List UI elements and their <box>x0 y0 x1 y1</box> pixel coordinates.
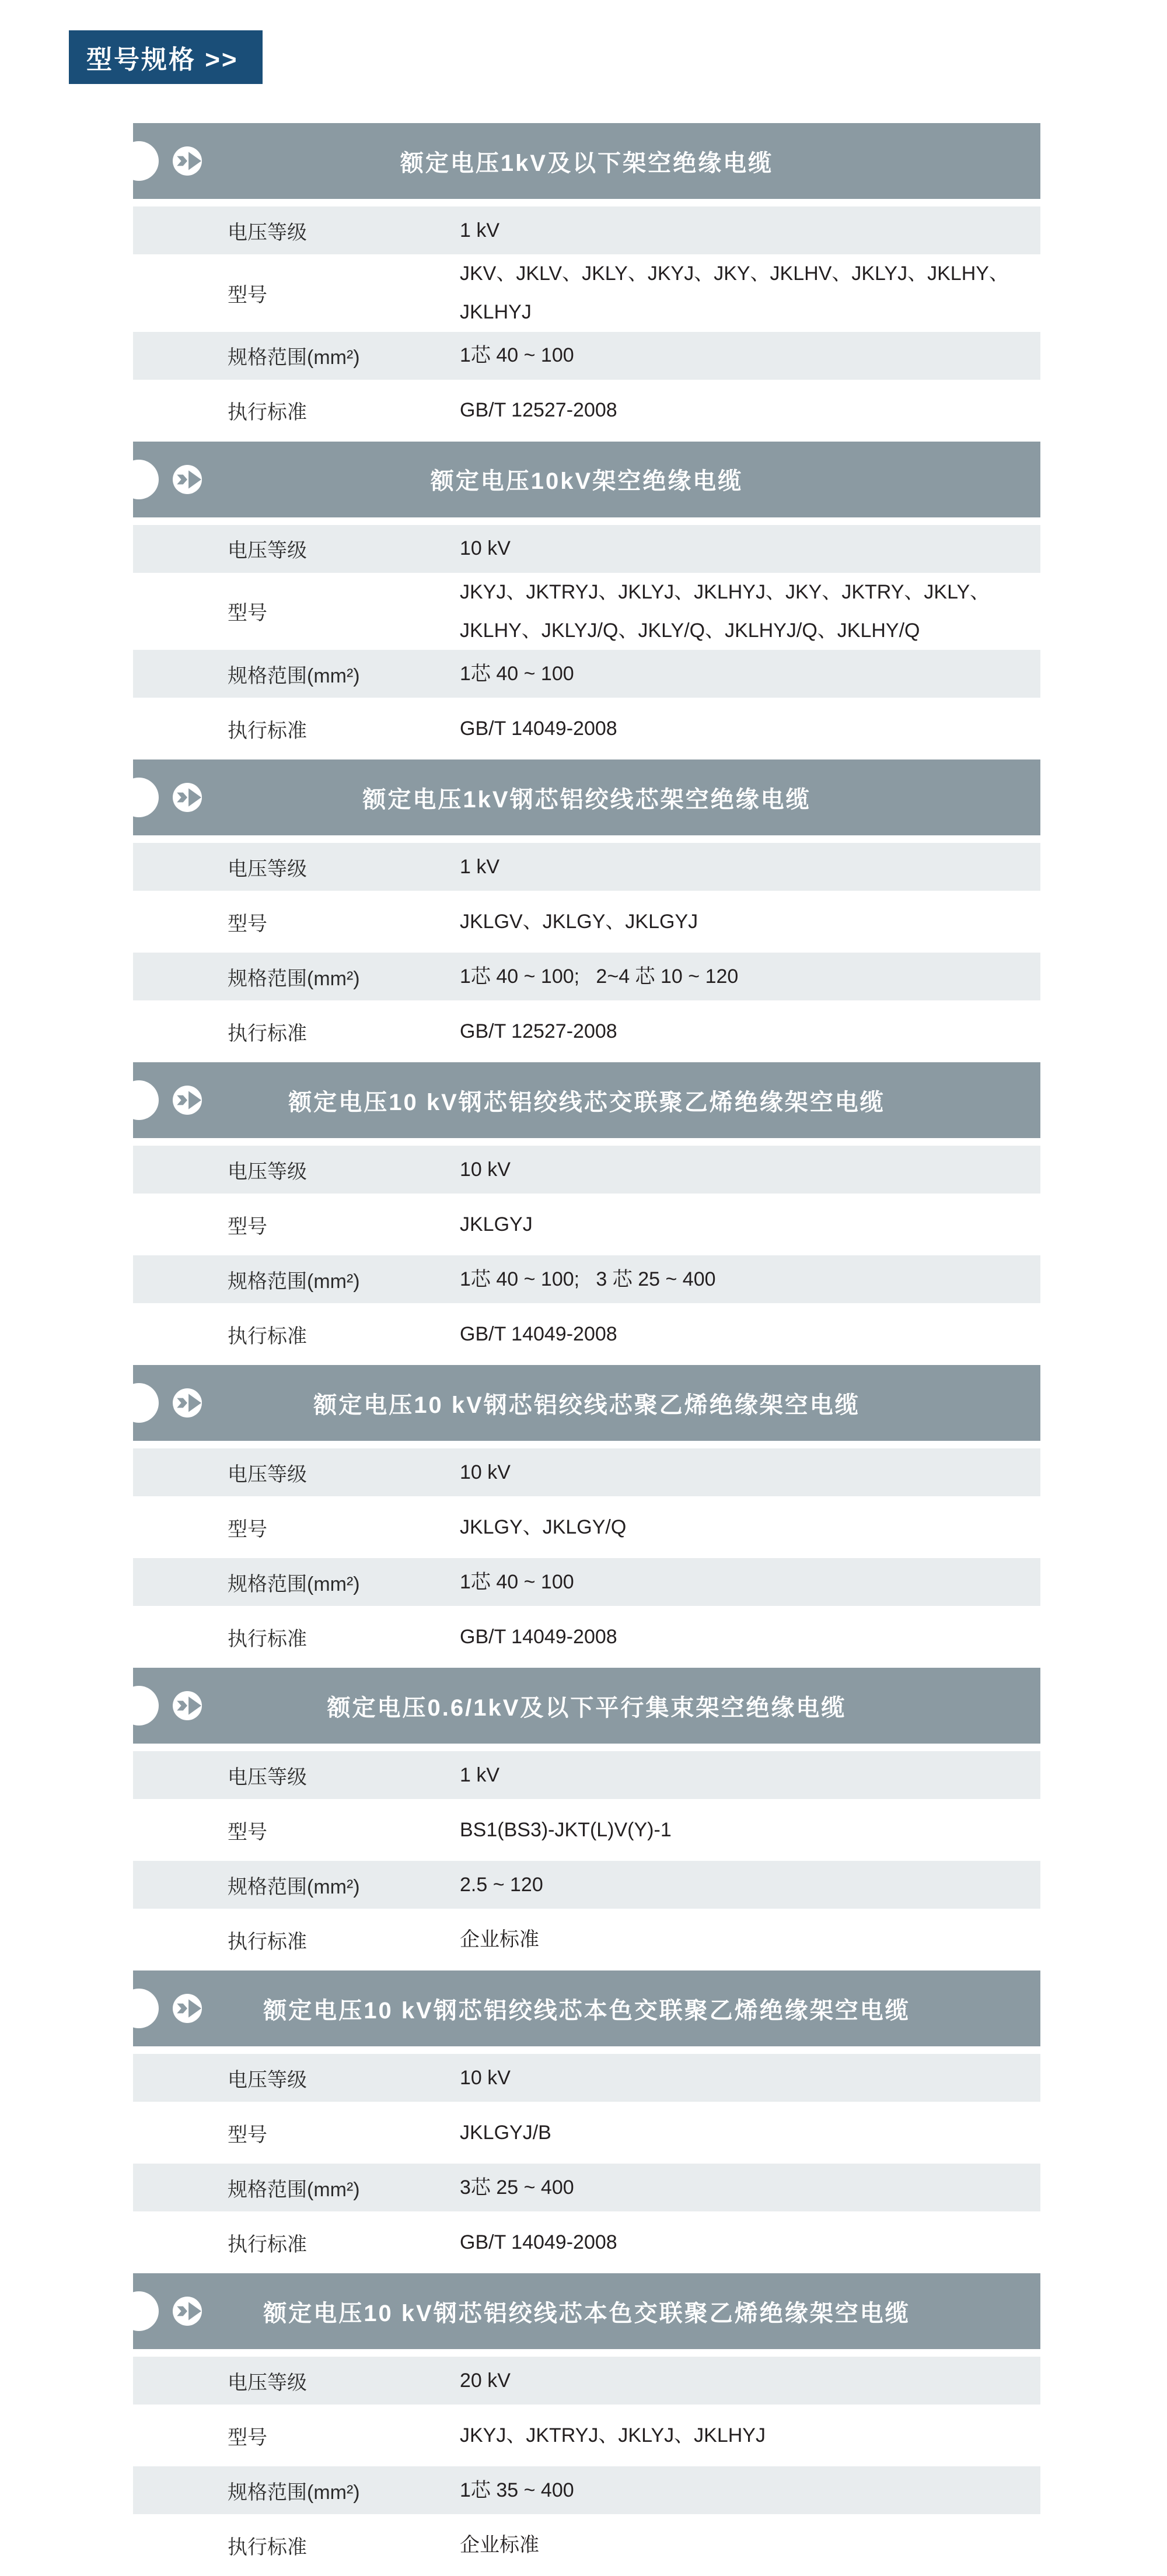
section-title: 额定电压0.6/1kV及以下平行集束架空绝缘电缆 <box>257 1689 917 1723</box>
row-value: 1芯 40 ~ 100 <box>460 336 1040 374</box>
row-label: 型号 <box>228 597 460 625</box>
half-circle-notch-icon <box>119 1080 159 1120</box>
section-header: 额定电压10 kV钢芯铝绞线芯本色交联聚乙烯绝缘架空电缆 <box>133 1971 1040 2046</box>
row-label: 规格范围(mm²) <box>228 2173 460 2202</box>
spec-row-voltage: 电压等级 10 kV <box>133 1146 1040 1193</box>
row-label: 型号 <box>228 1513 460 1542</box>
spec-row-size-range: 规格范围(mm²) 1芯 40 ~ 100 <box>133 1558 1040 1606</box>
row-label: 型号 <box>228 2119 460 2147</box>
spec-row-size-range: 规格范围(mm²) 1芯 40 ~ 100 <box>133 332 1040 380</box>
row-value: JKLGYJ <box>460 1205 1040 1244</box>
section-title: 额定电压1kV钢芯铝绞线芯架空绝缘电缆 <box>292 781 881 814</box>
row-value: 1芯 35 ~ 400 <box>460 2471 1040 2509</box>
row-label: 执行标准 <box>228 1926 460 1954</box>
circle-arrow-right-icon <box>173 1388 202 1417</box>
row-value: 1 kV <box>460 211 1040 250</box>
row-value: 1芯 40 ~ 100 <box>460 1563 1040 1601</box>
row-label: 电压等级 <box>228 534 460 563</box>
section-title: 额定电压10 kV钢芯铝绞线芯本色交联聚乙烯绝缘架空电缆 <box>193 1992 980 2025</box>
row-value: 企业标准 <box>460 2526 1040 2564</box>
row-label: 执行标准 <box>228 396 460 425</box>
row-label: 规格范围(mm²) <box>228 1871 460 1899</box>
circle-arrow-right-icon <box>173 1691 202 1720</box>
row-value: 3芯 25 ~ 400 <box>460 2168 1040 2207</box>
row-value: 企业标准 <box>460 1920 1040 1959</box>
page: { "badge": { "label": "型号规格 >>" }, "colo… <box>0 0 1167 2562</box>
row-label: 规格范围(mm²) <box>228 341 460 370</box>
spec-row-model: 型号 JKV、JKLV、JKLY、JKYJ、JKY、JKLHV、JKLYJ、JK… <box>133 254 1040 332</box>
row-label: 执行标准 <box>228 2531 460 2560</box>
section-title: 额定电压1kV及以下架空绝缘电缆 <box>330 145 843 178</box>
section-title: 额定电压10 kV钢芯铝绞线芯本色交联聚乙烯绝缘架空电缆 <box>193 2295 980 2328</box>
spec-row-size-range: 规格范围(mm²) 2.5 ~ 120 <box>133 1861 1040 1909</box>
spec-row-size-range: 规格范围(mm²) 1芯 40 ~ 100 <box>133 650 1040 698</box>
spec-section: 额定电压10 kV钢芯铝绞线芯本色交联聚乙烯绝缘架空电缆 电压等级 20 kV … <box>133 2273 1040 2576</box>
section-rows: 电压等级 10 kV 型号 JKYJ、JKTRYJ、JKLYJ、JKLHYJ、J… <box>133 517 1040 760</box>
circle-arrow-right-icon <box>173 783 202 812</box>
row-label: 规格范围(mm²) <box>228 963 460 991</box>
section-rows: 电压等级 1 kV 型号 JKV、JKLV、JKLY、JKYJ、JKY、JKLH… <box>133 199 1040 442</box>
section-title: 额定电压10 kV钢芯铝绞线芯交联聚乙烯绝缘架空电缆 <box>218 1084 955 1117</box>
row-label: 执行标准 <box>228 2228 460 2257</box>
row-value: JKYJ、JKTRYJ、JKLYJ、JKLHYJ、JKY、JKTRY、JKLY、… <box>460 573 1040 650</box>
row-value: JKYJ、JKTRYJ、JKLYJ、JKLHYJ <box>460 2416 1040 2455</box>
half-circle-notch-icon <box>119 1989 159 2028</box>
model-spec-badge[interactable]: 型号规格 >> <box>69 30 263 84</box>
spec-section: 额定电压10 kV钢芯铝绞线芯交联聚乙烯绝缘架空电缆 电压等级 10 kV 型号… <box>133 1062 1040 1365</box>
spec-row-standard: 执行标准 GB/T 14049-2008 <box>133 698 1040 759</box>
section-title: 额定电压10kV架空绝缘电缆 <box>361 463 813 496</box>
spec-row-voltage: 电压等级 10 kV <box>133 2054 1040 2102</box>
section-header: 额定电压10kV架空绝缘电缆 <box>133 442 1040 517</box>
row-value: 10 kV <box>460 2059 1040 2097</box>
spec-row-voltage: 电压等级 1 kV <box>133 206 1040 254</box>
section-rows: 电压等级 10 kV 型号 JKLGYJ/B 规格范围(mm²) 3芯 25 ~… <box>133 2046 1040 2273</box>
row-label: 型号 <box>228 908 460 936</box>
spec-row-voltage: 电压等级 20 kV <box>133 2357 1040 2404</box>
spec-row-standard: 执行标准 GB/T 12527-2008 <box>133 1000 1040 1062</box>
half-circle-notch-icon <box>119 1383 159 1423</box>
row-value: GB/T 12527-2008 <box>460 1012 1040 1051</box>
section-rows: 电压等级 1 kV 型号 BS1(BS3)-JKT(L)V(Y)-1 规格范围(… <box>133 1744 1040 1971</box>
row-label: 电压等级 <box>228 1761 460 1790</box>
spec-section: 额定电压0.6/1kV及以下平行集束架空绝缘电缆 电压等级 1 kV 型号 BS… <box>133 1668 1040 1971</box>
spec-row-standard: 执行标准 GB/T 12527-2008 <box>133 380 1040 442</box>
spec-row-model: 型号 BS1(BS3)-JKT(L)V(Y)-1 <box>133 1799 1040 1861</box>
row-label: 型号 <box>228 2421 460 2450</box>
circle-arrow-right-icon <box>173 2297 202 2326</box>
section-header: 额定电压1kV及以下架空绝缘电缆 <box>133 123 1040 199</box>
spec-section: 额定电压1kV及以下架空绝缘电缆 电压等级 1 kV 型号 JKV、JKLV、J… <box>133 123 1040 442</box>
spec-section: 额定电压1kV钢芯铝绞线芯架空绝缘电缆 电压等级 1 kV 型号 JKLGV、J… <box>133 759 1040 1062</box>
spec-row-model: 型号 JKLGY、JKLGY/Q <box>133 1496 1040 1558</box>
section-rows: 电压等级 10 kV 型号 JKLGY、JKLGY/Q 规格范围(mm²) 1芯… <box>133 1441 1040 1668</box>
row-value: GB/T 12527-2008 <box>460 391 1040 429</box>
row-label: 电压等级 <box>228 2367 460 2395</box>
row-value: GB/T 14049-2008 <box>460 1315 1040 1353</box>
spec-section: 额定电压10kV架空绝缘电缆 电压等级 10 kV 型号 JKYJ、JKTRYJ… <box>133 442 1040 760</box>
circle-arrow-right-icon <box>173 465 202 494</box>
spec-row-size-range: 规格范围(mm²) 3芯 25 ~ 400 <box>133 2164 1040 2211</box>
spec-row-voltage: 电压等级 10 kV <box>133 1448 1040 1496</box>
row-label: 电压等级 <box>228 1458 460 1487</box>
spec-row-standard: 执行标准 GB/T 14049-2008 <box>133 2211 1040 2273</box>
spec-row-size-range: 规格范围(mm²) 1芯 40 ~ 100; 3 芯 25 ~ 400 <box>133 1255 1040 1303</box>
row-value: JKLGV、JKLGY、JKLGYJ <box>460 902 1040 941</box>
spec-row-model: 型号 JKLGYJ <box>133 1193 1040 1255</box>
row-value: GB/T 14049-2008 <box>460 1618 1040 1656</box>
row-label: 执行标准 <box>228 1623 460 1651</box>
half-circle-notch-icon <box>119 1686 159 1725</box>
section-header: 额定电压10 kV钢芯铝绞线芯聚乙烯绝缘架空电缆 <box>133 1365 1040 1441</box>
section-header: 额定电压10 kV钢芯铝绞线芯本色交联聚乙烯绝缘架空电缆 <box>133 2273 1040 2349</box>
row-value: 1 kV <box>460 1756 1040 1794</box>
half-circle-notch-icon <box>119 2291 159 2331</box>
spec-row-voltage: 电压等级 1 kV <box>133 1751 1040 1799</box>
row-value: 1芯 40 ~ 100 <box>460 654 1040 693</box>
row-value: 10 kV <box>460 1150 1040 1189</box>
row-label: 电压等级 <box>228 216 460 245</box>
row-label: 电压等级 <box>228 2064 460 2092</box>
row-value: 10 kV <box>460 1453 1040 1492</box>
row-value: 10 kV <box>460 529 1040 568</box>
spec-row-standard: 执行标准 GB/T 14049-2008 <box>133 1303 1040 1365</box>
section-header: 额定电压0.6/1kV及以下平行集束架空绝缘电缆 <box>133 1668 1040 1744</box>
row-value: 1 kV <box>460 848 1040 886</box>
row-label: 规格范围(mm²) <box>228 1265 460 1294</box>
spec-row-size-range: 规格范围(mm²) 1芯 40 ~ 100; 2~4 芯 10 ~ 120 <box>133 953 1040 1000</box>
spec-row-size-range: 规格范围(mm²) 1芯 35 ~ 400 <box>133 2466 1040 2514</box>
row-label: 型号 <box>228 1816 460 1845</box>
circle-arrow-right-icon <box>173 1994 202 2023</box>
row-label: 执行标准 <box>228 715 460 743</box>
section-rows: 电压等级 10 kV 型号 JKLGYJ 规格范围(mm²) 1芯 40 ~ 1… <box>133 1138 1040 1365</box>
section-header: 额定电压10 kV钢芯铝绞线芯交联聚乙烯绝缘架空电缆 <box>133 1062 1040 1138</box>
section-rows: 电压等级 1 kV 型号 JKLGV、JKLGY、JKLGYJ 规格范围(mm²… <box>133 835 1040 1062</box>
spec-row-model: 型号 JKLGV、JKLGY、JKLGYJ <box>133 891 1040 953</box>
row-label: 执行标准 <box>228 1017 460 1046</box>
row-label: 电压等级 <box>228 853 460 881</box>
row-value: 1芯 40 ~ 100; 2~4 芯 10 ~ 120 <box>460 957 1040 996</box>
row-value: 1芯 40 ~ 100; 3 芯 25 ~ 400 <box>460 1260 1040 1298</box>
spec-row-standard: 执行标准 企业标准 <box>133 2514 1040 2576</box>
row-value: JKV、JKLV、JKLY、JKYJ、JKY、JKLHV、JKLYJ、JKLHY… <box>460 254 1040 332</box>
spec-row-voltage: 电压等级 10 kV <box>133 525 1040 573</box>
row-value: GB/T 14049-2008 <box>460 2223 1040 2262</box>
spec-section: 额定电压10 kV钢芯铝绞线芯本色交联聚乙烯绝缘架空电缆 电压等级 10 kV … <box>133 1971 1040 2273</box>
circle-arrow-right-icon <box>173 146 202 176</box>
half-circle-notch-icon <box>119 460 159 499</box>
circle-arrow-right-icon <box>173 1086 202 1115</box>
row-value: JKLGYJ/B <box>460 2113 1040 2152</box>
model-spec-badge-label: 型号规格 >> <box>86 38 239 76</box>
half-circle-notch-icon <box>119 141 159 181</box>
spec-row-model: 型号 JKYJ、JKTRYJ、JKLYJ、JKLHYJ <box>133 2404 1040 2466</box>
row-label: 规格范围(mm²) <box>228 2476 460 2505</box>
row-value: BS1(BS3)-JKT(L)V(Y)-1 <box>460 1811 1040 1849</box>
row-value: 20 kV <box>460 2361 1040 2400</box>
row-label: 执行标准 <box>228 1320 460 1349</box>
section-header: 额定电压1kV钢芯铝绞线芯架空绝缘电缆 <box>133 759 1040 835</box>
row-value: 2.5 ~ 120 <box>460 1866 1040 1904</box>
spec-row-model: 型号 JKYJ、JKTRYJ、JKLYJ、JKLHYJ、JKY、JKTRY、JK… <box>133 573 1040 650</box>
half-circle-notch-icon <box>119 778 159 817</box>
row-value: GB/T 14049-2008 <box>460 709 1040 748</box>
row-label: 规格范围(mm²) <box>228 1568 460 1597</box>
spec-row-model: 型号 JKLGYJ/B <box>133 2102 1040 2164</box>
section-title: 额定电压10 kV钢芯铝绞线芯聚乙烯绝缘架空电缆 <box>243 1387 930 1420</box>
spec-row-standard: 执行标准 GB/T 14049-2008 <box>133 1606 1040 1668</box>
row-label: 型号 <box>228 279 460 307</box>
row-label: 规格范围(mm²) <box>228 660 460 688</box>
row-label: 型号 <box>228 1210 460 1239</box>
spec-section: 额定电压10 kV钢芯铝绞线芯聚乙烯绝缘架空电缆 电压等级 10 kV 型号 J… <box>133 1365 1040 1668</box>
row-label: 电压等级 <box>228 1156 460 1184</box>
spec-row-voltage: 电压等级 1 kV <box>133 843 1040 891</box>
section-rows: 电压等级 20 kV 型号 JKYJ、JKTRYJ、JKLYJ、JKLHYJ 规… <box>133 2349 1040 2576</box>
row-value: JKLGY、JKLGY/Q <box>460 1508 1040 1546</box>
sections-table: 额定电压1kV及以下架空绝缘电缆 电压等级 1 kV 型号 JKV、JKLV、J… <box>133 123 1040 2576</box>
spec-row-standard: 执行标准 企业标准 <box>133 1909 1040 1971</box>
